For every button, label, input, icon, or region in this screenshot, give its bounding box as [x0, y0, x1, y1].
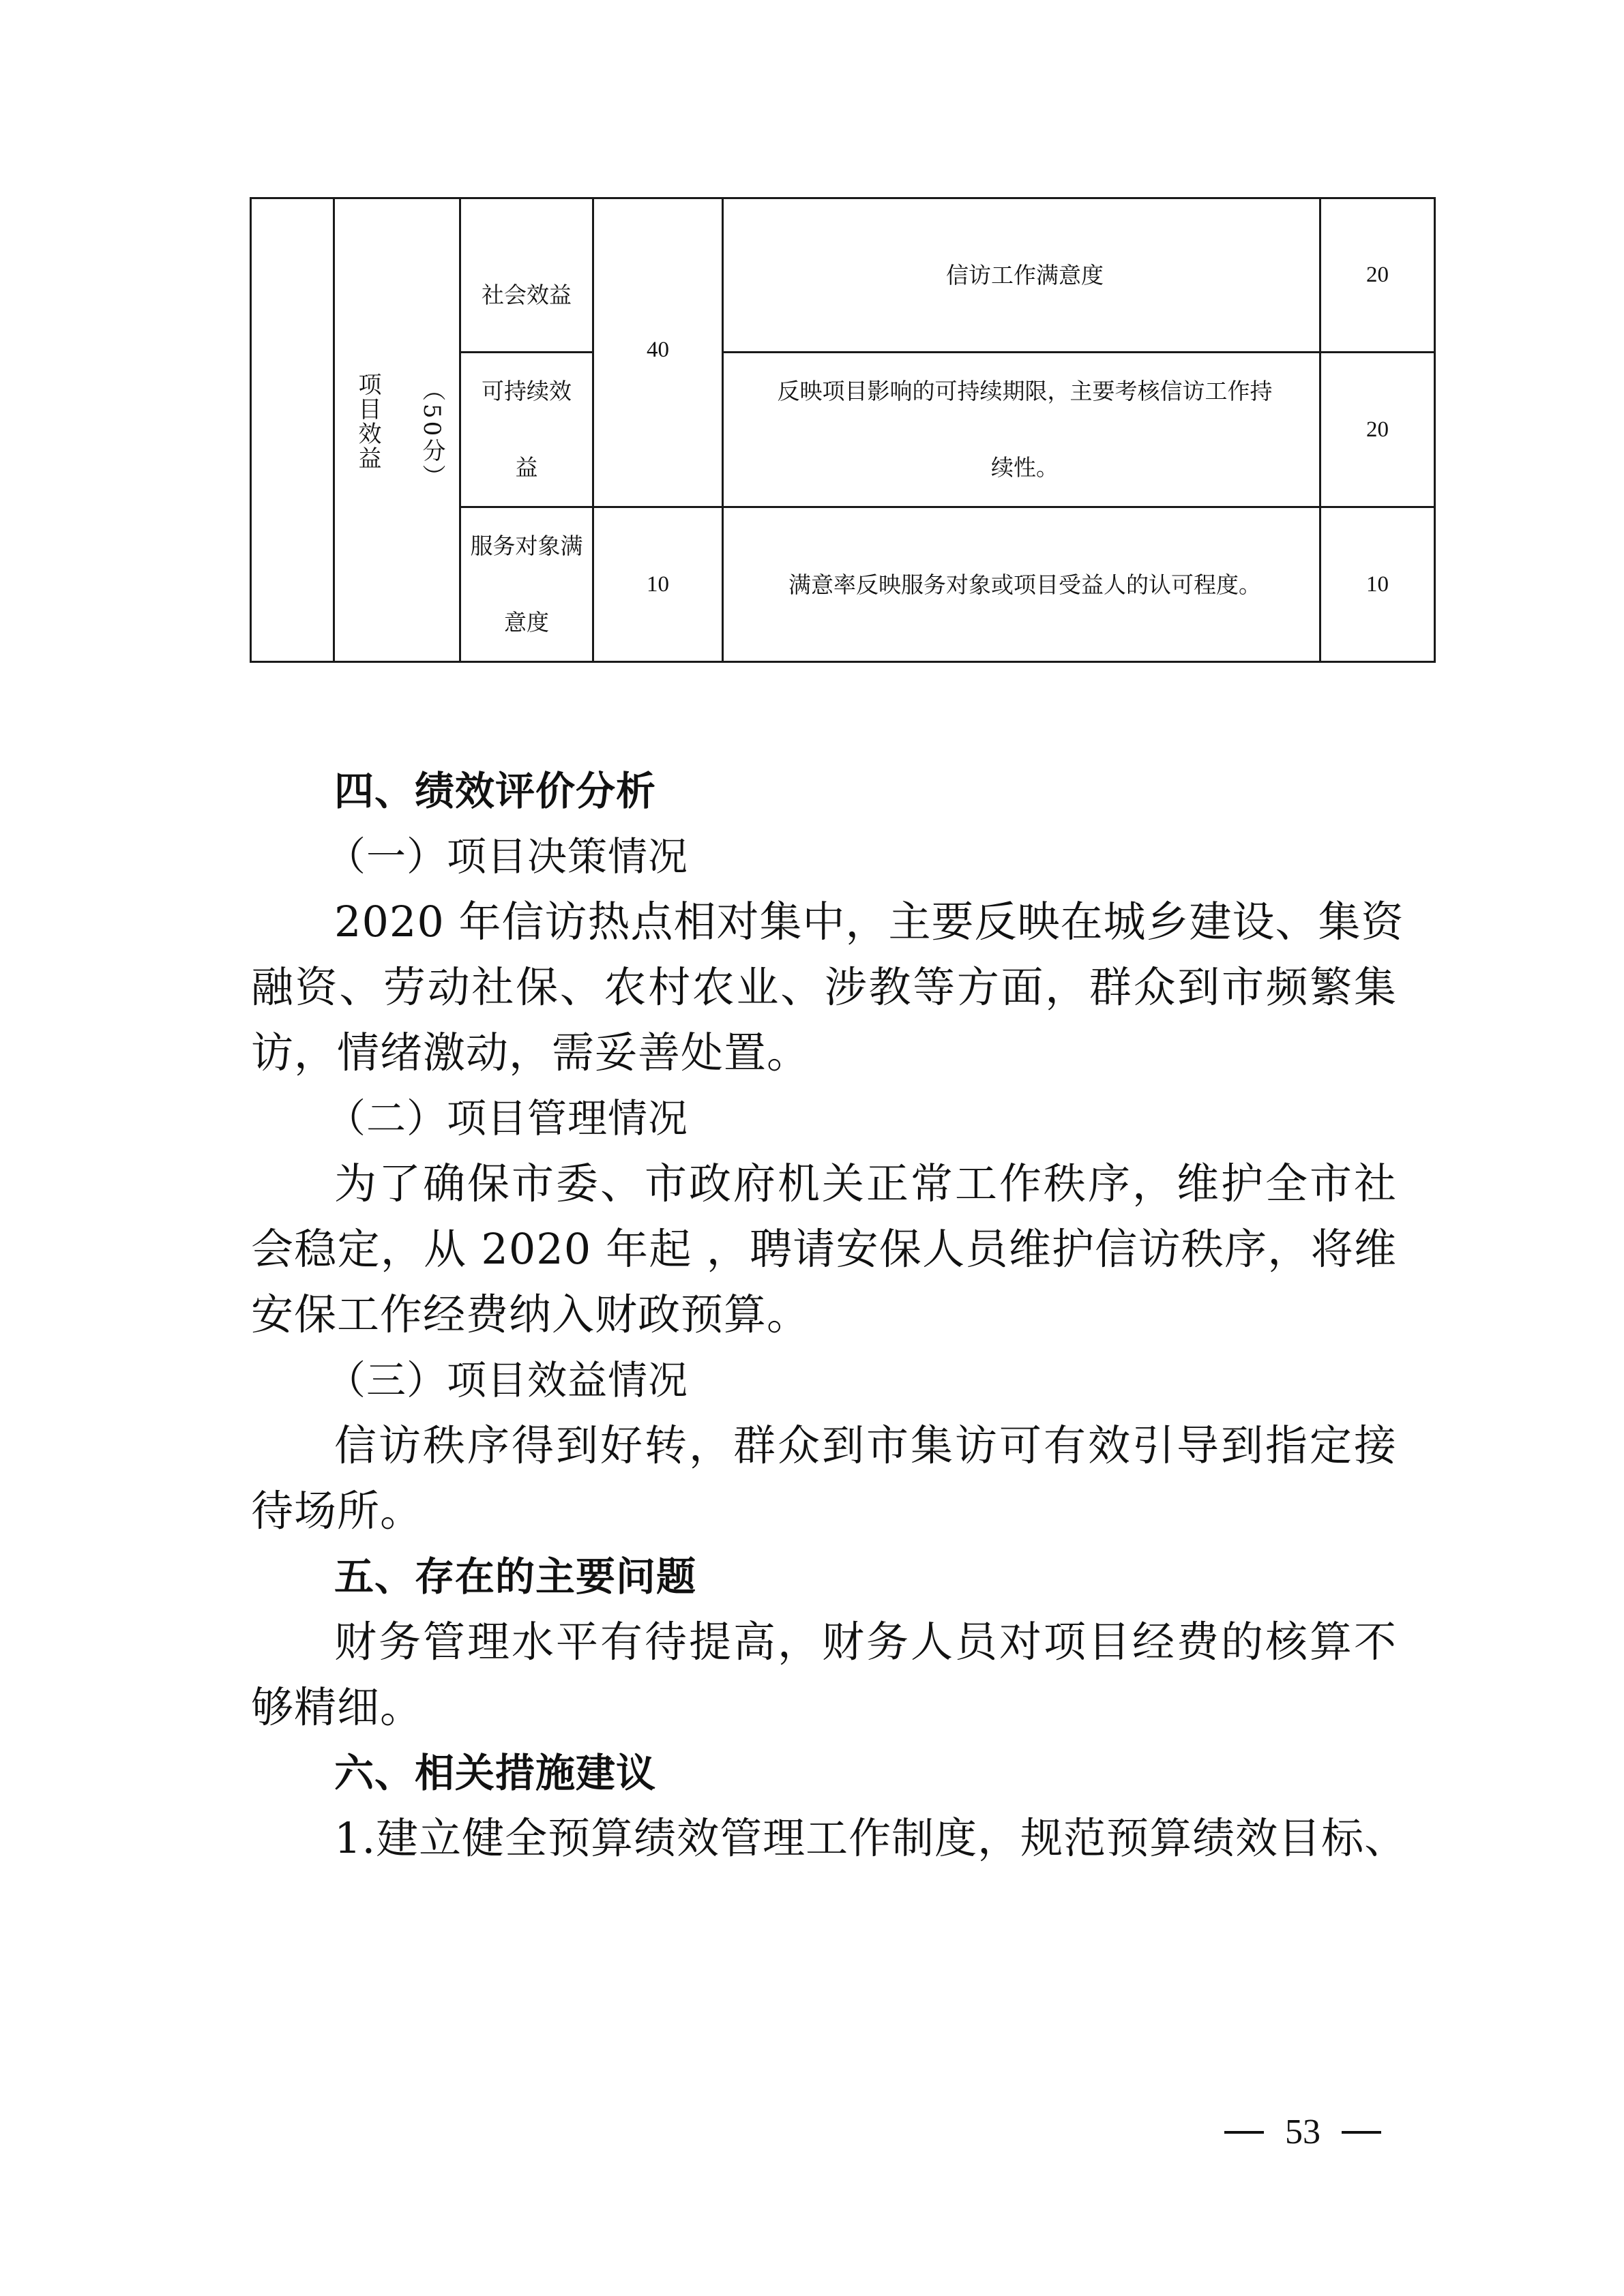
indicator-label: 社会效益	[482, 282, 572, 308]
page-number-footer: 53	[1224, 2108, 1381, 2156]
indicator-cell: 服务对象满 意度	[460, 507, 593, 662]
description-text-line2: 续性。	[739, 430, 1311, 506]
description-text: 信访工作满意度	[946, 262, 1104, 288]
indicator-cell: 社会效益	[460, 198, 593, 353]
paragraph-line: 够精细。	[251, 1675, 1397, 1740]
group-score-value: 10	[647, 572, 669, 597]
document-body: 四、绩效评价分析 （一）项目决策情况 2020 年信访热点相对集中，主要反映在城…	[251, 758, 1397, 1871]
indicator-cell: 可持续效 益	[460, 353, 593, 507]
score-value: 20	[1366, 263, 1389, 287]
paragraph-line: 会稳定，从 2020 年起 ，聘请安保人员维护信访秩序，将维	[251, 1217, 1397, 1282]
paragraph-line: 融资、劳动社保、农村农业、涉教等方面，群众到市频繁集	[251, 955, 1397, 1020]
paragraph-line: 信访秩序得到好转，群众到市集访可有效引导到指定接	[251, 1413, 1397, 1478]
paragraph-line: 访，情绪激动，需妥善处置。	[251, 1020, 1397, 1086]
description-cell: 信访工作满意度	[723, 198, 1320, 353]
performance-evaluation-table: 项目效益 （50分） 社会效益 40 信访工作满意度 20 可持续效 益	[250, 197, 1436, 663]
score-value: 20	[1366, 417, 1389, 442]
section-heading-6: 六、相关措施建议	[251, 1740, 1397, 1806]
section-heading-5: 五、存在的主要问题	[251, 1544, 1397, 1609]
score-cell: 10	[1320, 507, 1435, 662]
score-cell: 20	[1320, 198, 1435, 353]
score-value: 10	[1366, 572, 1389, 597]
indicator-label-line1: 可持续效	[461, 353, 592, 430]
section-heading-4: 四、绩效评价分析	[251, 758, 1397, 824]
group-score-value: 40	[647, 338, 669, 362]
indicator-label-line2: 意度	[461, 584, 592, 661]
paragraph-line: 为了确保市委、市政府机关正常工作秩序，维护全市社	[251, 1151, 1397, 1217]
subsection-heading-4-1: （一）项目决策情况	[251, 824, 1397, 889]
indicator-label-line2: 益	[461, 430, 592, 506]
empty-first-column-cell	[251, 198, 334, 662]
paragraph-line: 2020 年信访热点相对集中，主要反映在城乡建设、集资	[251, 889, 1397, 955]
right-dash	[1342, 2131, 1381, 2134]
left-dash	[1224, 2131, 1264, 2134]
paragraph-line: 1.建立健全预算绩效管理工作制度，规范预算绩效目标、	[251, 1806, 1397, 1871]
group-score-cell: 40	[593, 198, 723, 507]
table-row: 项目效益 （50分） 社会效益 40 信访工作满意度 20	[251, 198, 1435, 353]
score-cell: 20	[1320, 353, 1435, 507]
description-text: 满意率反映服务对象或项目受益人的认可程度。	[788, 571, 1261, 598]
subsection-heading-4-2: （二）项目管理情况	[251, 1086, 1397, 1151]
description-cell: 满意率反映服务对象或项目受益人的认可程度。	[723, 507, 1320, 662]
category-label-vertical: 项目效益	[354, 372, 381, 471]
paragraph-line: 财务管理水平有待提高，财务人员对项目经费的核算不	[251, 1609, 1397, 1675]
page-number: 53	[1285, 2108, 1320, 2156]
evaluation-table-container: 项目效益 （50分） 社会效益 40 信访工作满意度 20 可持续效 益	[250, 197, 1434, 659]
indicator-label-line1: 服务对象满	[461, 508, 592, 584]
paragraph-line: 安保工作经费纳入财政预算。	[251, 1282, 1397, 1347]
subsection-heading-4-3: （三）项目效益情况	[251, 1347, 1397, 1413]
paragraph-line: 待场所。	[251, 1478, 1397, 1544]
description-text-line1: 反映项目影响的可持续期限，主要考核信访工作持	[739, 353, 1311, 430]
group-score-cell: 10	[593, 507, 723, 662]
description-cell: 反映项目影响的可持续期限，主要考核信访工作持 续性。	[723, 353, 1320, 507]
category-score-vertical: （50分）	[418, 378, 445, 490]
category-cell: 项目效益 （50分）	[334, 198, 460, 662]
